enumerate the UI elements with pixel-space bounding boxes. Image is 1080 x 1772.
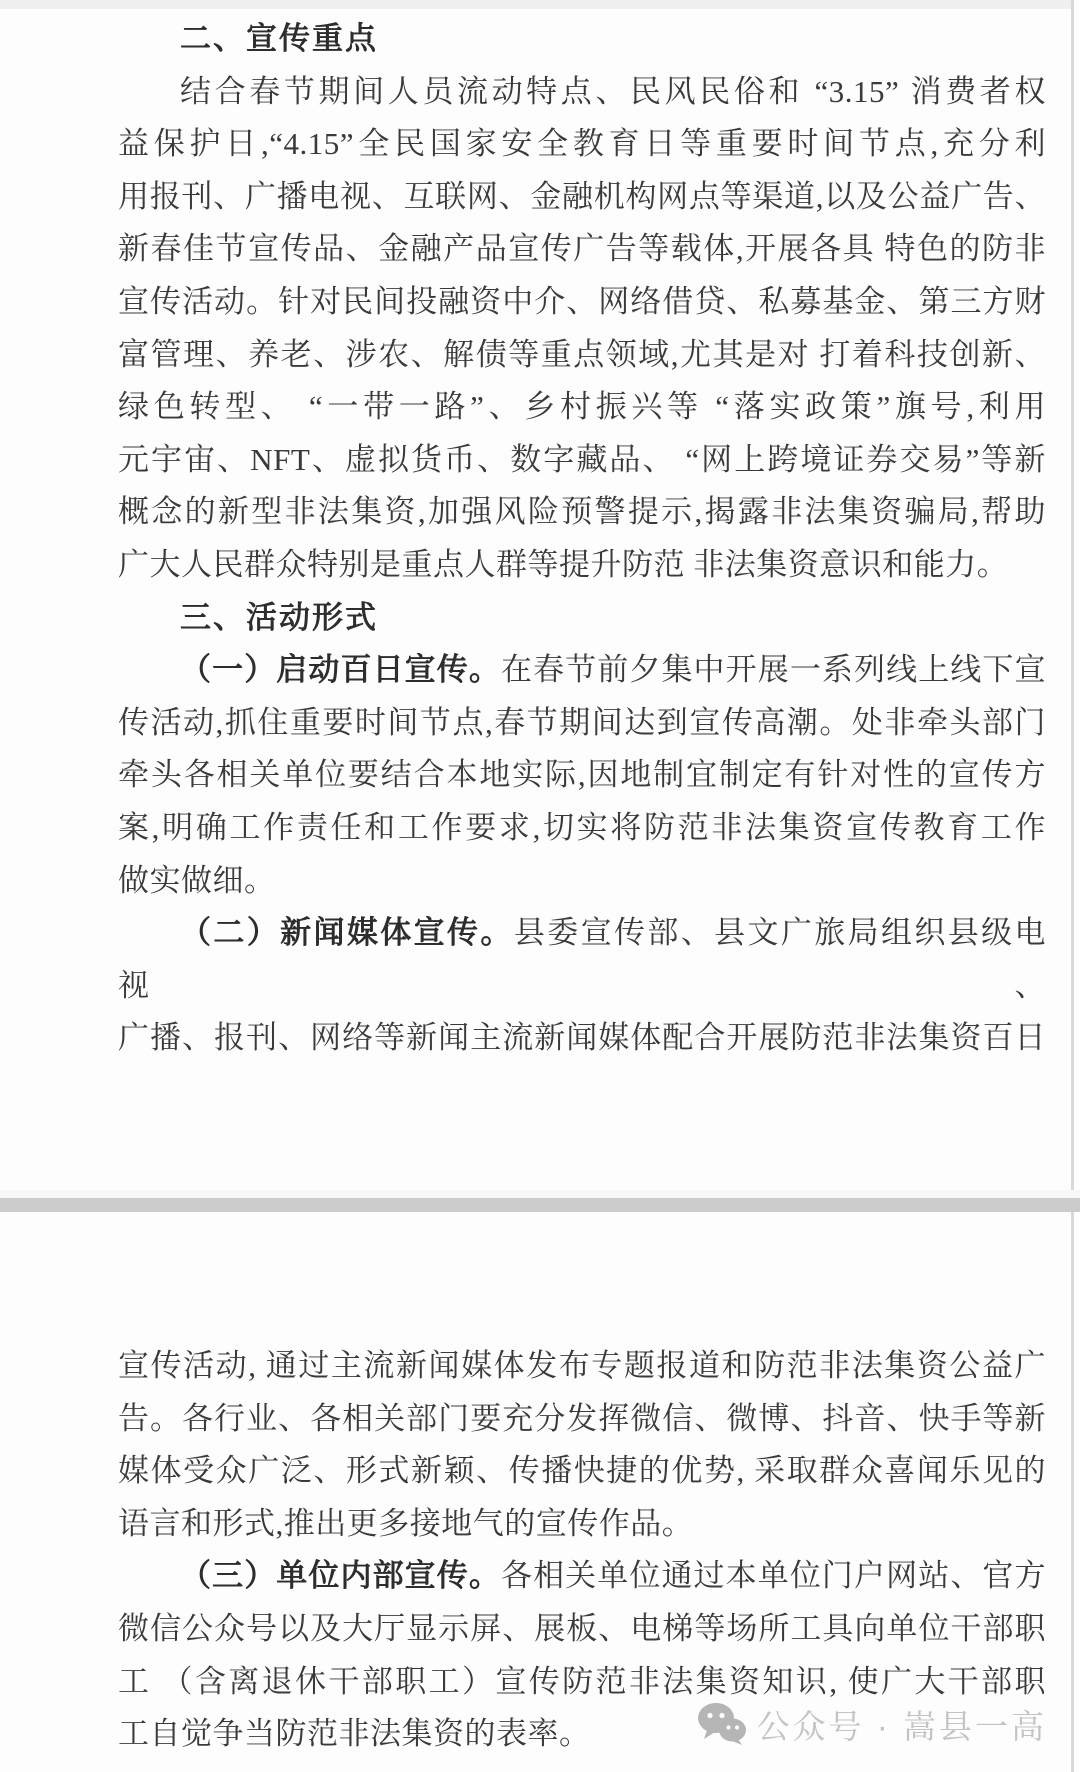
text-line: 概念的新型非法集资,加强风险预警提示,揭露非法集资骗局,帮助 (118, 486, 1046, 539)
text-line: 传活动,抓住重要时间节点,春节期间达到宣传高潮。处非牵头部门 (118, 697, 1046, 750)
page-1: 二、宣传重点 结合春节期间人员流动特点、民风民俗和 “3.15” 消费者权 益保… (118, 13, 1046, 1065)
scan-right-margin (1074, 0, 1080, 1772)
text-line: 媒体受众广泛、形式新颖、传播快捷的优势, 采取群众喜闻乐见的 (118, 1445, 1046, 1498)
text-line: 告。各行业、各相关部门要充分发挥微信、微博、抖音、快手等新 (118, 1393, 1046, 1446)
text-line: 广大人民群众特别是重点人群等提升防范 非法集资意识和能力。 (118, 539, 1046, 592)
text-line: 新春佳节宣传品、金融产品宣传广告等载体,开展各具 特色的防非 (118, 223, 1046, 276)
text-line: （一）启动百日宣传。在春节前夕集中开展一系列线上线下宣 (118, 644, 1046, 697)
scan-page-edge-line (1071, 0, 1074, 1772)
text-line: 用报刊、广播电视、互联网、金融机构网点等渠道,以及公益广告、 (118, 171, 1046, 224)
page-divider-glow (0, 1190, 1080, 1198)
run-in-heading-item-3: （三）单位内部宣传。 (180, 1558, 501, 1593)
text-line: 宣传活动。针对民间投融资中介、网络借贷、私募基金、第三方财 (118, 276, 1046, 329)
text-line: 案,明确工作责任和工作要求,切实将防范非法集资宣传教育工作 (118, 802, 1046, 855)
scan-top-edge (0, 0, 1080, 9)
text-line: （二）新闻媒体宣传。县委宣传部、县文广旅局组织县级电视、 (118, 907, 1046, 1012)
run-in-heading-item-2: （二）新闻媒体宣传。 (180, 915, 514, 950)
wechat-watermark: 公众号 · 嵩县一高 (697, 1701, 1047, 1747)
section-heading-2: 二、宣传重点 (118, 13, 1046, 66)
text-line: 富管理、养老、涉农、解债等重点领域,尤其是对 打着科技创新、 (118, 329, 1046, 382)
text-line: 绿色转型、 “一带一路”、乡村振兴等 “落实政策”旗号,利用 (118, 381, 1046, 434)
text-line: 做实做细。 (118, 855, 1046, 908)
line-text: 各相关单位通过本单位门户网站、官方 (501, 1558, 1046, 1593)
text-line: 宣传活动, 通过主流新闻媒体发布专题报道和防范非法集资公益广 (118, 1340, 1046, 1393)
text-line: 结合春节期间人员流动特点、民风民俗和 “3.15” 消费者权 (118, 66, 1046, 119)
text-line: 广播、报刊、网络等新闻主流新闻媒体配合开展防范非法集资百日 (118, 1012, 1046, 1065)
page-2: 宣传活动, 通过主流新闻媒体发布专题报道和防范非法集资公益广 告。各行业、各相关… (118, 1340, 1046, 1761)
text-line: 微信公众号以及大厅显示屏、展板、电梯等场所工具向单位干部职 (118, 1603, 1046, 1656)
run-in-heading-item-1: （一）启动百日宣传。 (180, 652, 501, 687)
text-line: 元宇宙、NFT、虚拟货币、数字藏品、 “网上跨境证券交易”等新 (118, 434, 1046, 487)
text-line: 益保护日,“4.15”全民国家安全教育日等重要时间节点,充分利 (118, 118, 1046, 171)
text-line: 语言和形式,推出更多接地气的宣传作品。 (118, 1498, 1046, 1551)
watermark-text: 公众号 · 嵩县一高 (757, 1701, 1047, 1748)
section-heading-3: 三、活动形式 (118, 592, 1046, 645)
text-line: 牵头各相关单位要结合本地实际,因地制宜制定有针对性的宣传方 (118, 749, 1046, 802)
page-divider (0, 1198, 1080, 1212)
line-text: 在春节前夕集中开展一系列线上线下宣 (501, 652, 1046, 687)
wechat-icon (697, 1702, 747, 1746)
text-line: （三）单位内部宣传。各相关单位通过本单位门户网站、官方 (118, 1550, 1046, 1603)
